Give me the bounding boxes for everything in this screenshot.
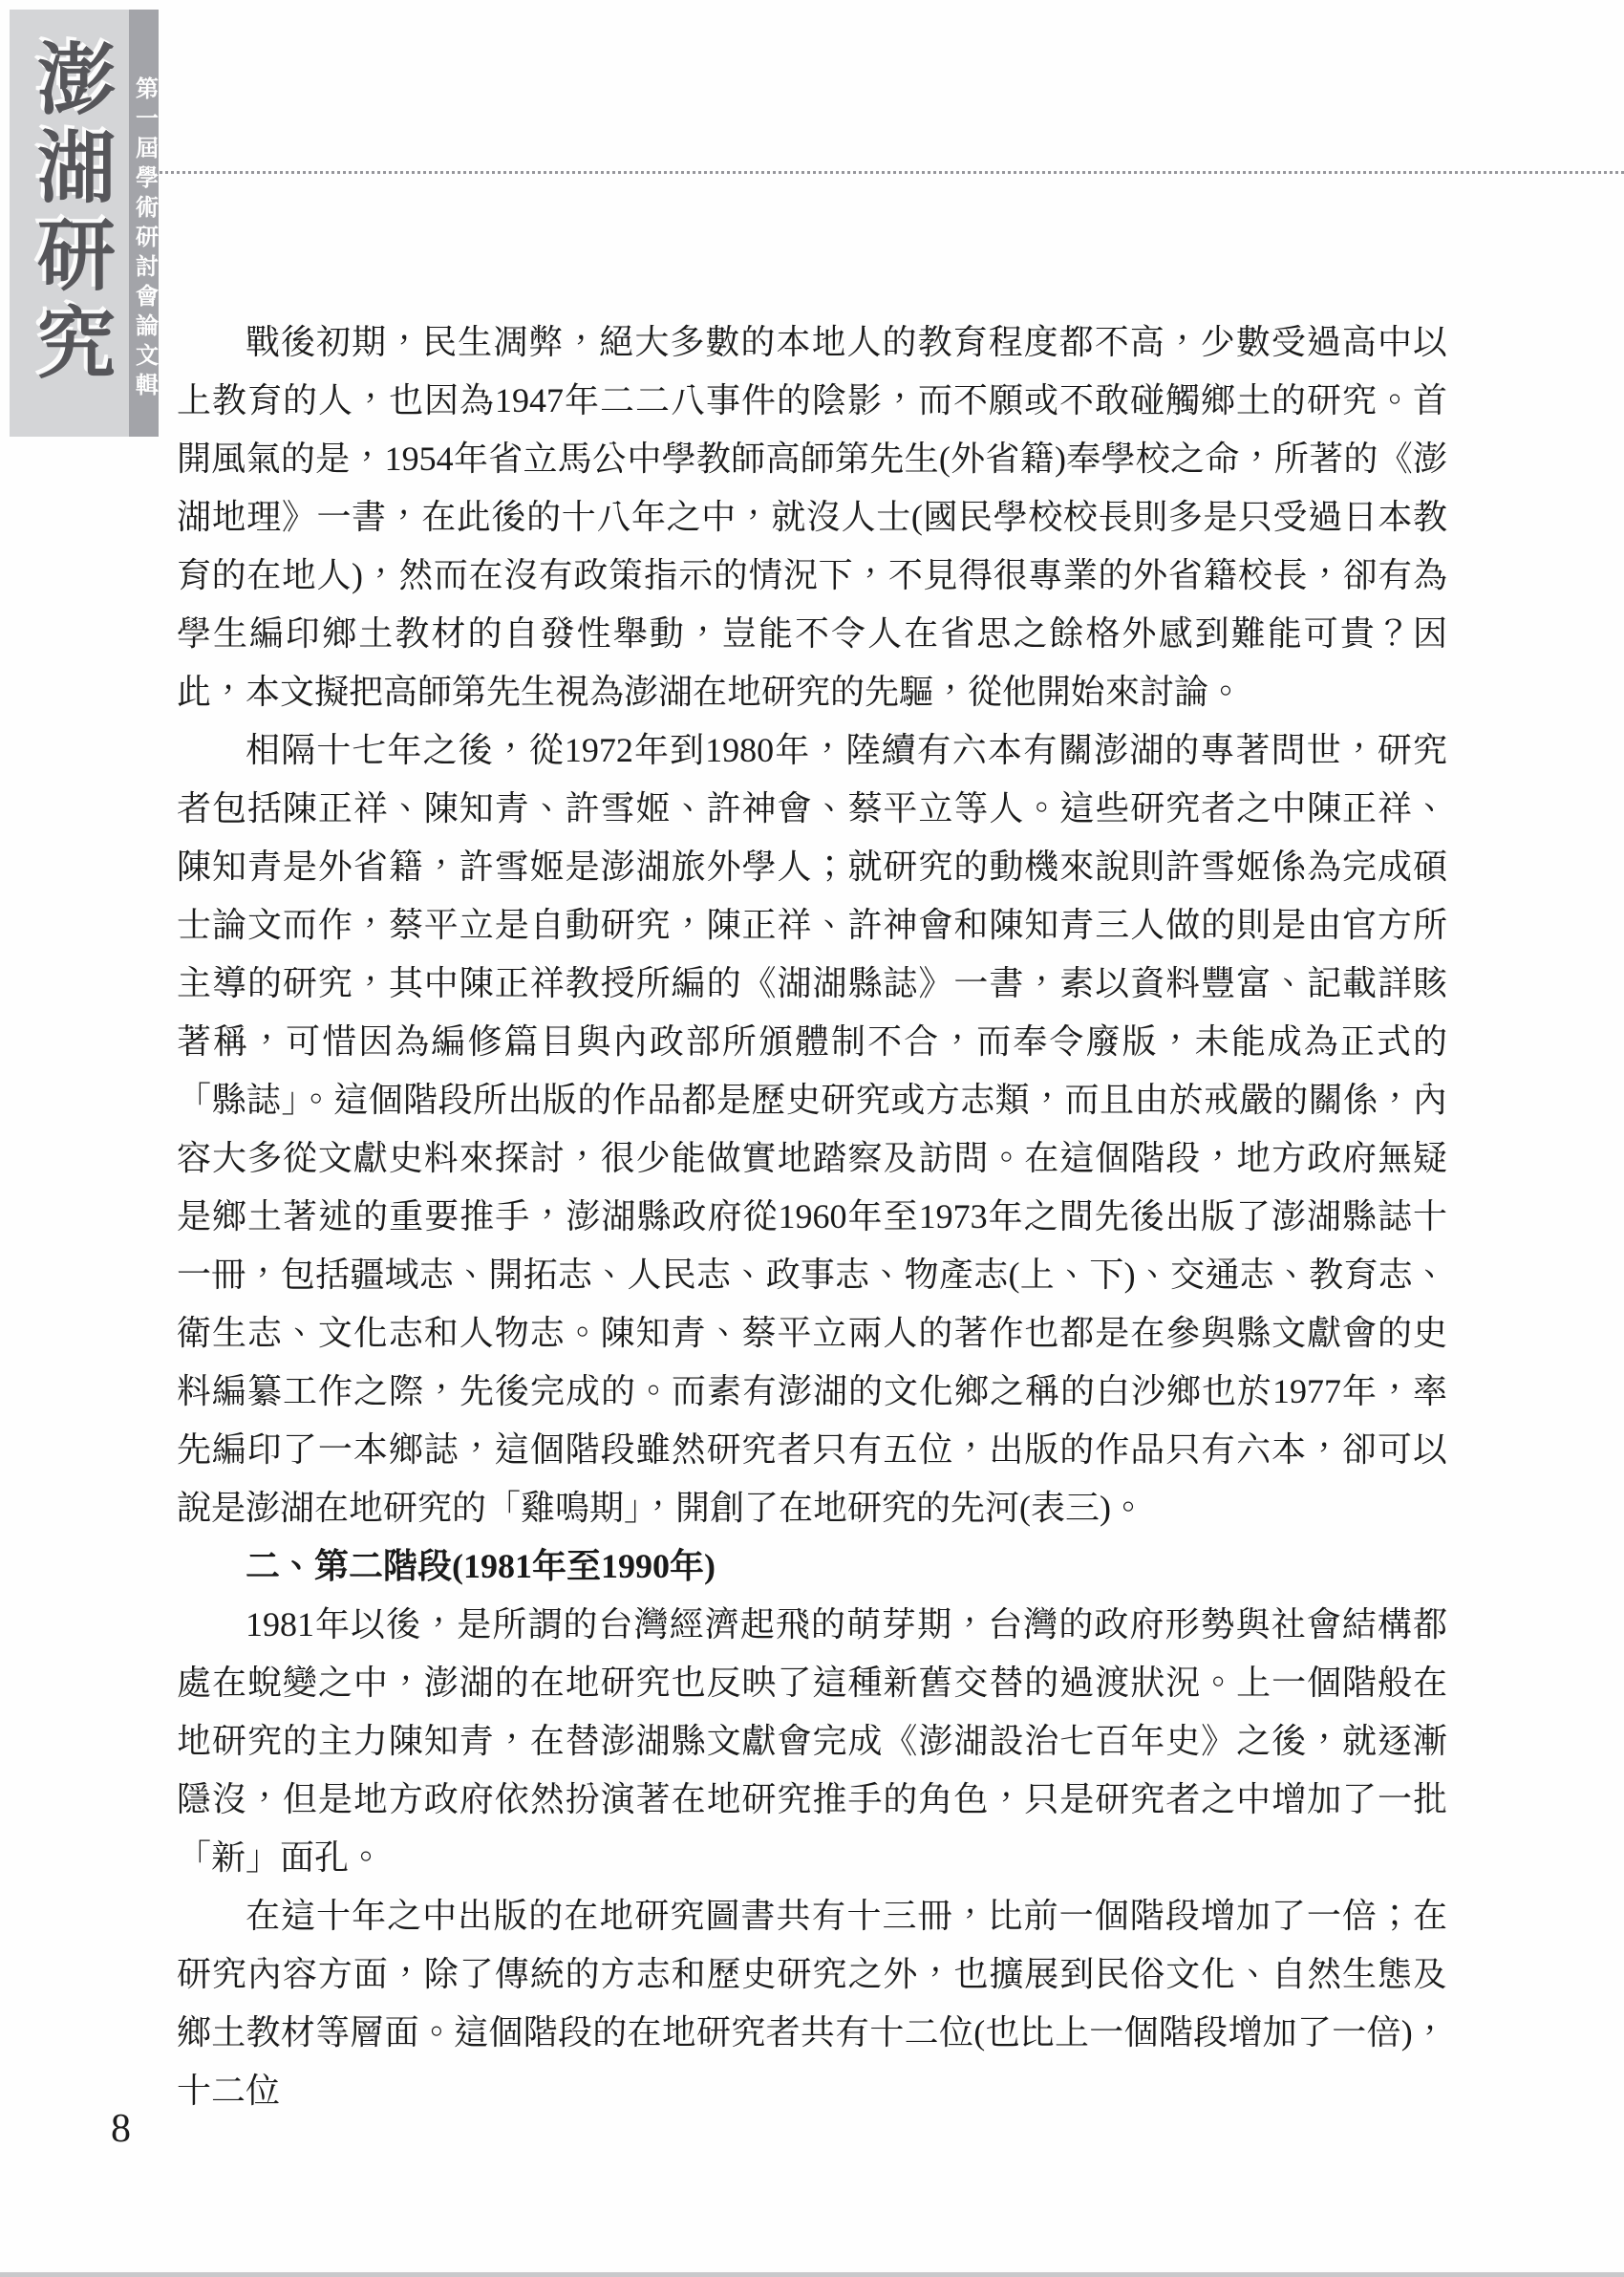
scan-edge-artifact (0, 2272, 1624, 2277)
paragraph-1972-1980-stage: 相隔十七年之後，從1972年到1980年，陸續有六本有關澎湖的專著問世，研究者包… (177, 721, 1447, 1537)
volume-title: 第一屆學術研討會論文輯 (133, 10, 156, 437)
header-dotted-rule (160, 171, 1624, 174)
page-body: 戰後初期，民生凋弊，絕大多數的本地人的教育程度都不高，少數受過高中以上教育的人，… (177, 313, 1447, 2120)
paragraph-thirteen-volumes: 在這十年之中出版的在地研究圖書共有十三冊，比前一個階段增加了一倍；在研究內容方面… (177, 1887, 1447, 2120)
paragraph-postwar-period: 戰後初期，民生凋弊，絕大多數的本地人的教育程度都不高，少數受過高中以上教育的人，… (177, 313, 1447, 721)
paragraph-after-1981: 1981年以後，是所謂的台灣經濟起飛的萌芽期，台灣的政府形勢與社會結構都處在蛻變… (177, 1596, 1447, 1887)
book-spine-banner: 澎湖研究 第一屆學術研討會論文輯 (10, 10, 159, 437)
section-heading-second-stage: 二、第二階段(1981年至1990年) (177, 1537, 1447, 1596)
document-page: 澎湖研究 第一屆學術研討會論文輯 戰後初期，民生凋弊，絕大多數的本地人的教育程度… (0, 0, 1624, 2277)
series-title: 澎湖研究 (31, 10, 109, 437)
volume-title-strip: 第一屆學術研討會論文輯 (129, 10, 159, 437)
series-title-box: 澎湖研究 (10, 10, 129, 437)
page-number: 8 (111, 2106, 131, 2152)
